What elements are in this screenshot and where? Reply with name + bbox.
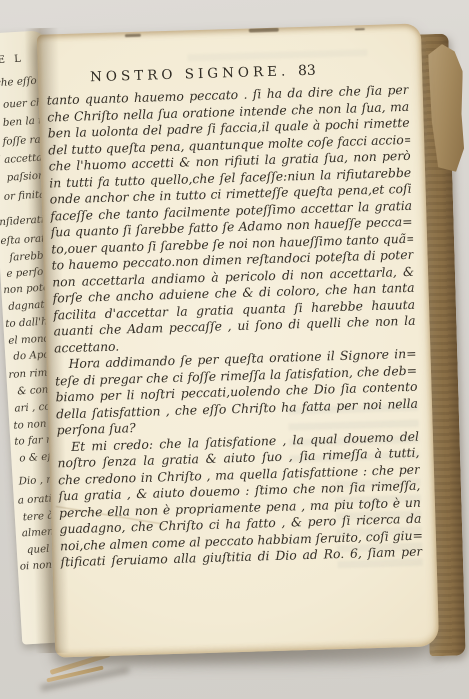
book-photo: E L che eſſo fu eſſ : ouer che ſem a ben… [0, 0, 469, 699]
folio-number: 83 [298, 63, 316, 80]
ink-edge-mark [355, 28, 365, 30]
running-header: NOSTRO SIGNORE. [90, 63, 290, 85]
body-text: tanto quanto hauemo peccato . ſi ha da d… [47, 82, 423, 571]
ink-edge-mark [249, 28, 279, 33]
ink-edge-mark [125, 34, 141, 37]
recto-page: NOSTRO SIGNORE. 83 tanto quanto hauemo p… [37, 23, 439, 657]
verso-header-fragment: E L [0, 53, 24, 66]
